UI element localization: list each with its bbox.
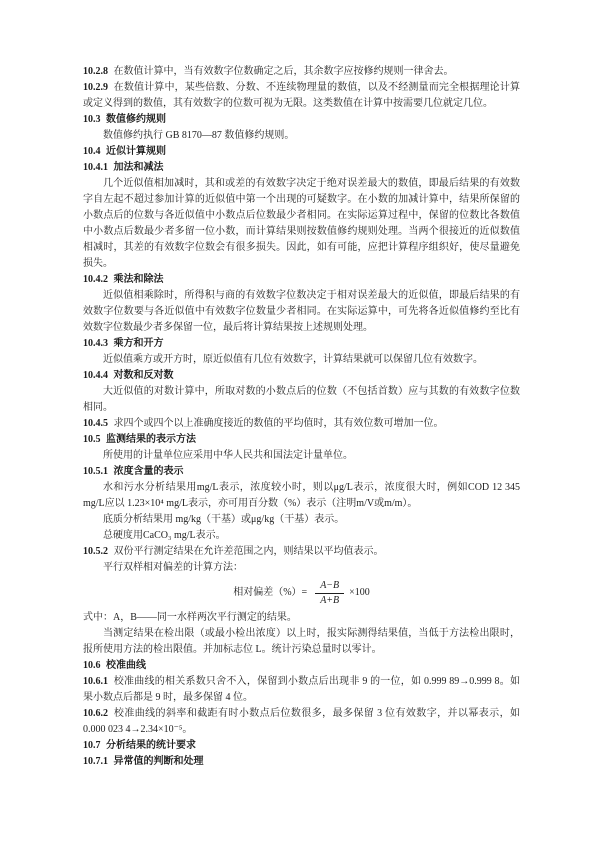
clause-text: 加法和减法: [114, 162, 164, 173]
document-page: 10.2.8在数值计算中，当有效数字位数确定之后，其余数字应按修约规则一律舍去。…: [0, 0, 600, 848]
clause-number: 10.4.1: [83, 162, 108, 173]
clause-text: 平行双样相对偏差的计算方法：: [103, 562, 243, 573]
clause-10.6.2: 10.6.2校准曲线的斜率和截距有时小数点后位数很多，最多保留 3 位有效数字，…: [83, 706, 520, 738]
paragraph: 式中：A，B——同一水样两次平行测定的结果。: [83, 610, 520, 626]
clause-number: 10.3: [83, 114, 101, 125]
clause-text: 求四个或四个以上准确度接近的数值的平均值时，其有效位数可增加一位。: [114, 418, 444, 429]
formula-denominator: A+B: [315, 594, 344, 607]
clause-text: 当测定结果在检出限（或最小检出浓度）以上时，报实际测得结果值，当低于方法检出限时…: [83, 628, 520, 655]
clause-text: 所使用的计量单位应采用中华人民共和国法定计量单位。: [103, 450, 353, 461]
clause-text: 近似计算规则: [106, 146, 166, 157]
clause-text: 乘方和开方: [114, 338, 164, 349]
clause-text: 在数值计算中，某些倍数、分数、不连续物理量的数值，以及不经测量而完全根据理论计算…: [83, 82, 520, 109]
clause-10.4.5: 10.4.5求四个或四个以上准确度接近的数值的平均值时，其有效位数可增加一位。: [83, 416, 520, 432]
clause-text: 对数和反对数: [114, 370, 174, 381]
formula-fraction: A−B A+B: [315, 580, 344, 607]
clause-10.5.2: 10.5.2双份平行测定结果在允许差范围之内，则结果以平均值表示。: [83, 544, 520, 560]
clause-text: 数值修约规则: [106, 114, 166, 125]
clause-number: 10.2.9: [83, 82, 108, 93]
clause-10.2.8: 10.2.8在数值计算中，当有效数字位数确定之后，其余数字应按修约规则一律舍去。: [83, 64, 520, 80]
clause-text: 分析结果的统计要求: [106, 740, 196, 751]
paragraph: 平行双样相对偏差的计算方法：: [83, 560, 520, 576]
clause-text: 几个近似值相加减时，其和或差的有效数字决定于绝对误差最大的数值，即最后结果的有效…: [83, 178, 520, 269]
clause-10.7.1: 10.7.1异常值的判断和处理: [83, 754, 520, 770]
clause-number: 10.5.2: [83, 546, 108, 557]
clause-10.2.9: 10.2.9在数值计算中，某些倍数、分数、不连续物理量的数值，以及不经测量而完全…: [83, 80, 520, 112]
clause-number: 10.4.2: [83, 274, 108, 285]
clause-text: 在数值计算中，当有效数字位数确定之后，其余数字应按修约规则一律舍去。: [114, 66, 454, 77]
clause-text: 双份平行测定结果在允许差范围之内，则结果以平均值表示。: [114, 546, 384, 557]
clause-text: 浓度含量的表示: [114, 466, 184, 477]
formula-label: 相对偏差（%）=: [233, 585, 307, 601]
paragraph: 水和污水分析结果用mg/L表示，浓度较小时，则以μg/L表示，浓度很大时，例如C…: [83, 480, 520, 512]
clause-10.7: 10.7分析结果的统计要求: [83, 738, 520, 754]
paragraph: 总硬度用CaCO₃ mg/L表示。: [83, 528, 520, 544]
clause-text: 大近似值的对数计算中，所取对数的小数点后的位数（不包括首数）应与其数的有效数字位…: [83, 386, 520, 413]
clause-10.4.2: 10.4.2乘法和除法: [83, 272, 520, 288]
clause-number: 10.4.5: [83, 418, 108, 429]
clause-number: 10.7.1: [83, 756, 108, 767]
clause-10.5.1: 10.5.1浓度含量的表示: [83, 464, 520, 480]
clause-text: 底质分析结果用 mg/kg（干基）或μg/kg（干基）表示。: [103, 514, 344, 525]
clause-10.3: 10.3数值修约规则: [83, 112, 520, 128]
clause-number: 10.4: [83, 146, 101, 157]
clause-text: 校准曲线的相关系数只舍不入，保留到小数点后出现非 9 的一位，如 0.999 8…: [83, 676, 520, 703]
clause-text: 校准曲线的斜率和截距有时小数点后位数很多，最多保留 3 位有效数字，并以幂表示，…: [83, 708, 520, 735]
formula-relative-deviation: 相对偏差（%）= A−B A+B ×100: [83, 578, 520, 608]
paragraph: 大近似值的对数计算中，所取对数的小数点后的位数（不包括首数）应与其数的有效数字位…: [83, 384, 520, 416]
clause-number: 10.6.1: [83, 676, 108, 687]
clause-number: 10.5: [83, 434, 101, 445]
clause-number: 10.6.2: [83, 708, 108, 719]
clause-10.4.4: 10.4.4对数和反对数: [83, 368, 520, 384]
formula-numerator: A−B: [315, 580, 344, 594]
clause-number: 10.2.8: [83, 66, 108, 77]
paragraph: 数值修约执行 GB 8170—87 数值修约规则。: [83, 128, 520, 144]
clause-text: 总硬度用CaCO₃ mg/L表示。: [103, 530, 226, 541]
document-content: 10.2.8在数值计算中，当有效数字位数确定之后，其余数字应按修约规则一律舍去。…: [83, 64, 520, 770]
paragraph: 所使用的计量单位应采用中华人民共和国法定计量单位。: [83, 448, 520, 464]
clause-10.5: 10.5监测结果的表示方法: [83, 432, 520, 448]
clause-number: 10.7: [83, 740, 101, 751]
clause-text: 乘法和除法: [114, 274, 164, 285]
clause-number: 10.5.1: [83, 466, 108, 477]
clause-text: 数值修约执行 GB 8170—87 数值修约规则。: [103, 130, 294, 141]
clause-10.4: 10.4近似计算规则: [83, 144, 520, 160]
paragraph: 几个近似值相加减时，其和或差的有效数字决定于绝对误差最大的数值，即最后结果的有效…: [83, 176, 520, 272]
clause-text: 近似值相乘除时，所得积与商的有效数字位数决定于相对误差最大的近似值，即最后结果的…: [83, 290, 520, 333]
clause-10.6.1: 10.6.1校准曲线的相关系数只舍不入，保留到小数点后出现非 9 的一位，如 0…: [83, 674, 520, 706]
paragraph: 当测定结果在检出限（或最小检出浓度）以上时，报实际测得结果值，当低于方法检出限时…: [83, 626, 520, 658]
clause-10.4.3: 10.4.3乘方和开方: [83, 336, 520, 352]
formula-multiplier: ×100: [349, 585, 370, 601]
clause-10.4.1: 10.4.1加法和减法: [83, 160, 520, 176]
clause-10.6: 10.6校准曲线: [83, 658, 520, 674]
clause-text: 校准曲线: [106, 660, 146, 671]
clause-text: 近似值乘方或开方时，原近似值有几位有效数字，计算结果就可以保留几位有效数字。: [103, 354, 483, 365]
paragraph: 近似值乘方或开方时，原近似值有几位有效数字，计算结果就可以保留几位有效数字。: [83, 352, 520, 368]
clause-number: 10.4.4: [83, 370, 108, 381]
clause-number: 10.6: [83, 660, 101, 671]
clause-text: 水和污水分析结果用mg/L表示，浓度较小时，则以μg/L表示，浓度很大时，例如C…: [83, 482, 520, 509]
paragraph: 底质分析结果用 mg/kg（干基）或μg/kg（干基）表示。: [83, 512, 520, 528]
clause-text: 式中：A，B——同一水样两次平行测定的结果。: [83, 612, 297, 623]
paragraph: 近似值相乘除时，所得积与商的有效数字位数决定于相对误差最大的近似值，即最后结果的…: [83, 288, 520, 336]
clause-text: 异常值的判断和处理: [114, 756, 204, 767]
clause-number: 10.4.3: [83, 338, 108, 349]
clause-text: 监测结果的表示方法: [106, 434, 196, 445]
